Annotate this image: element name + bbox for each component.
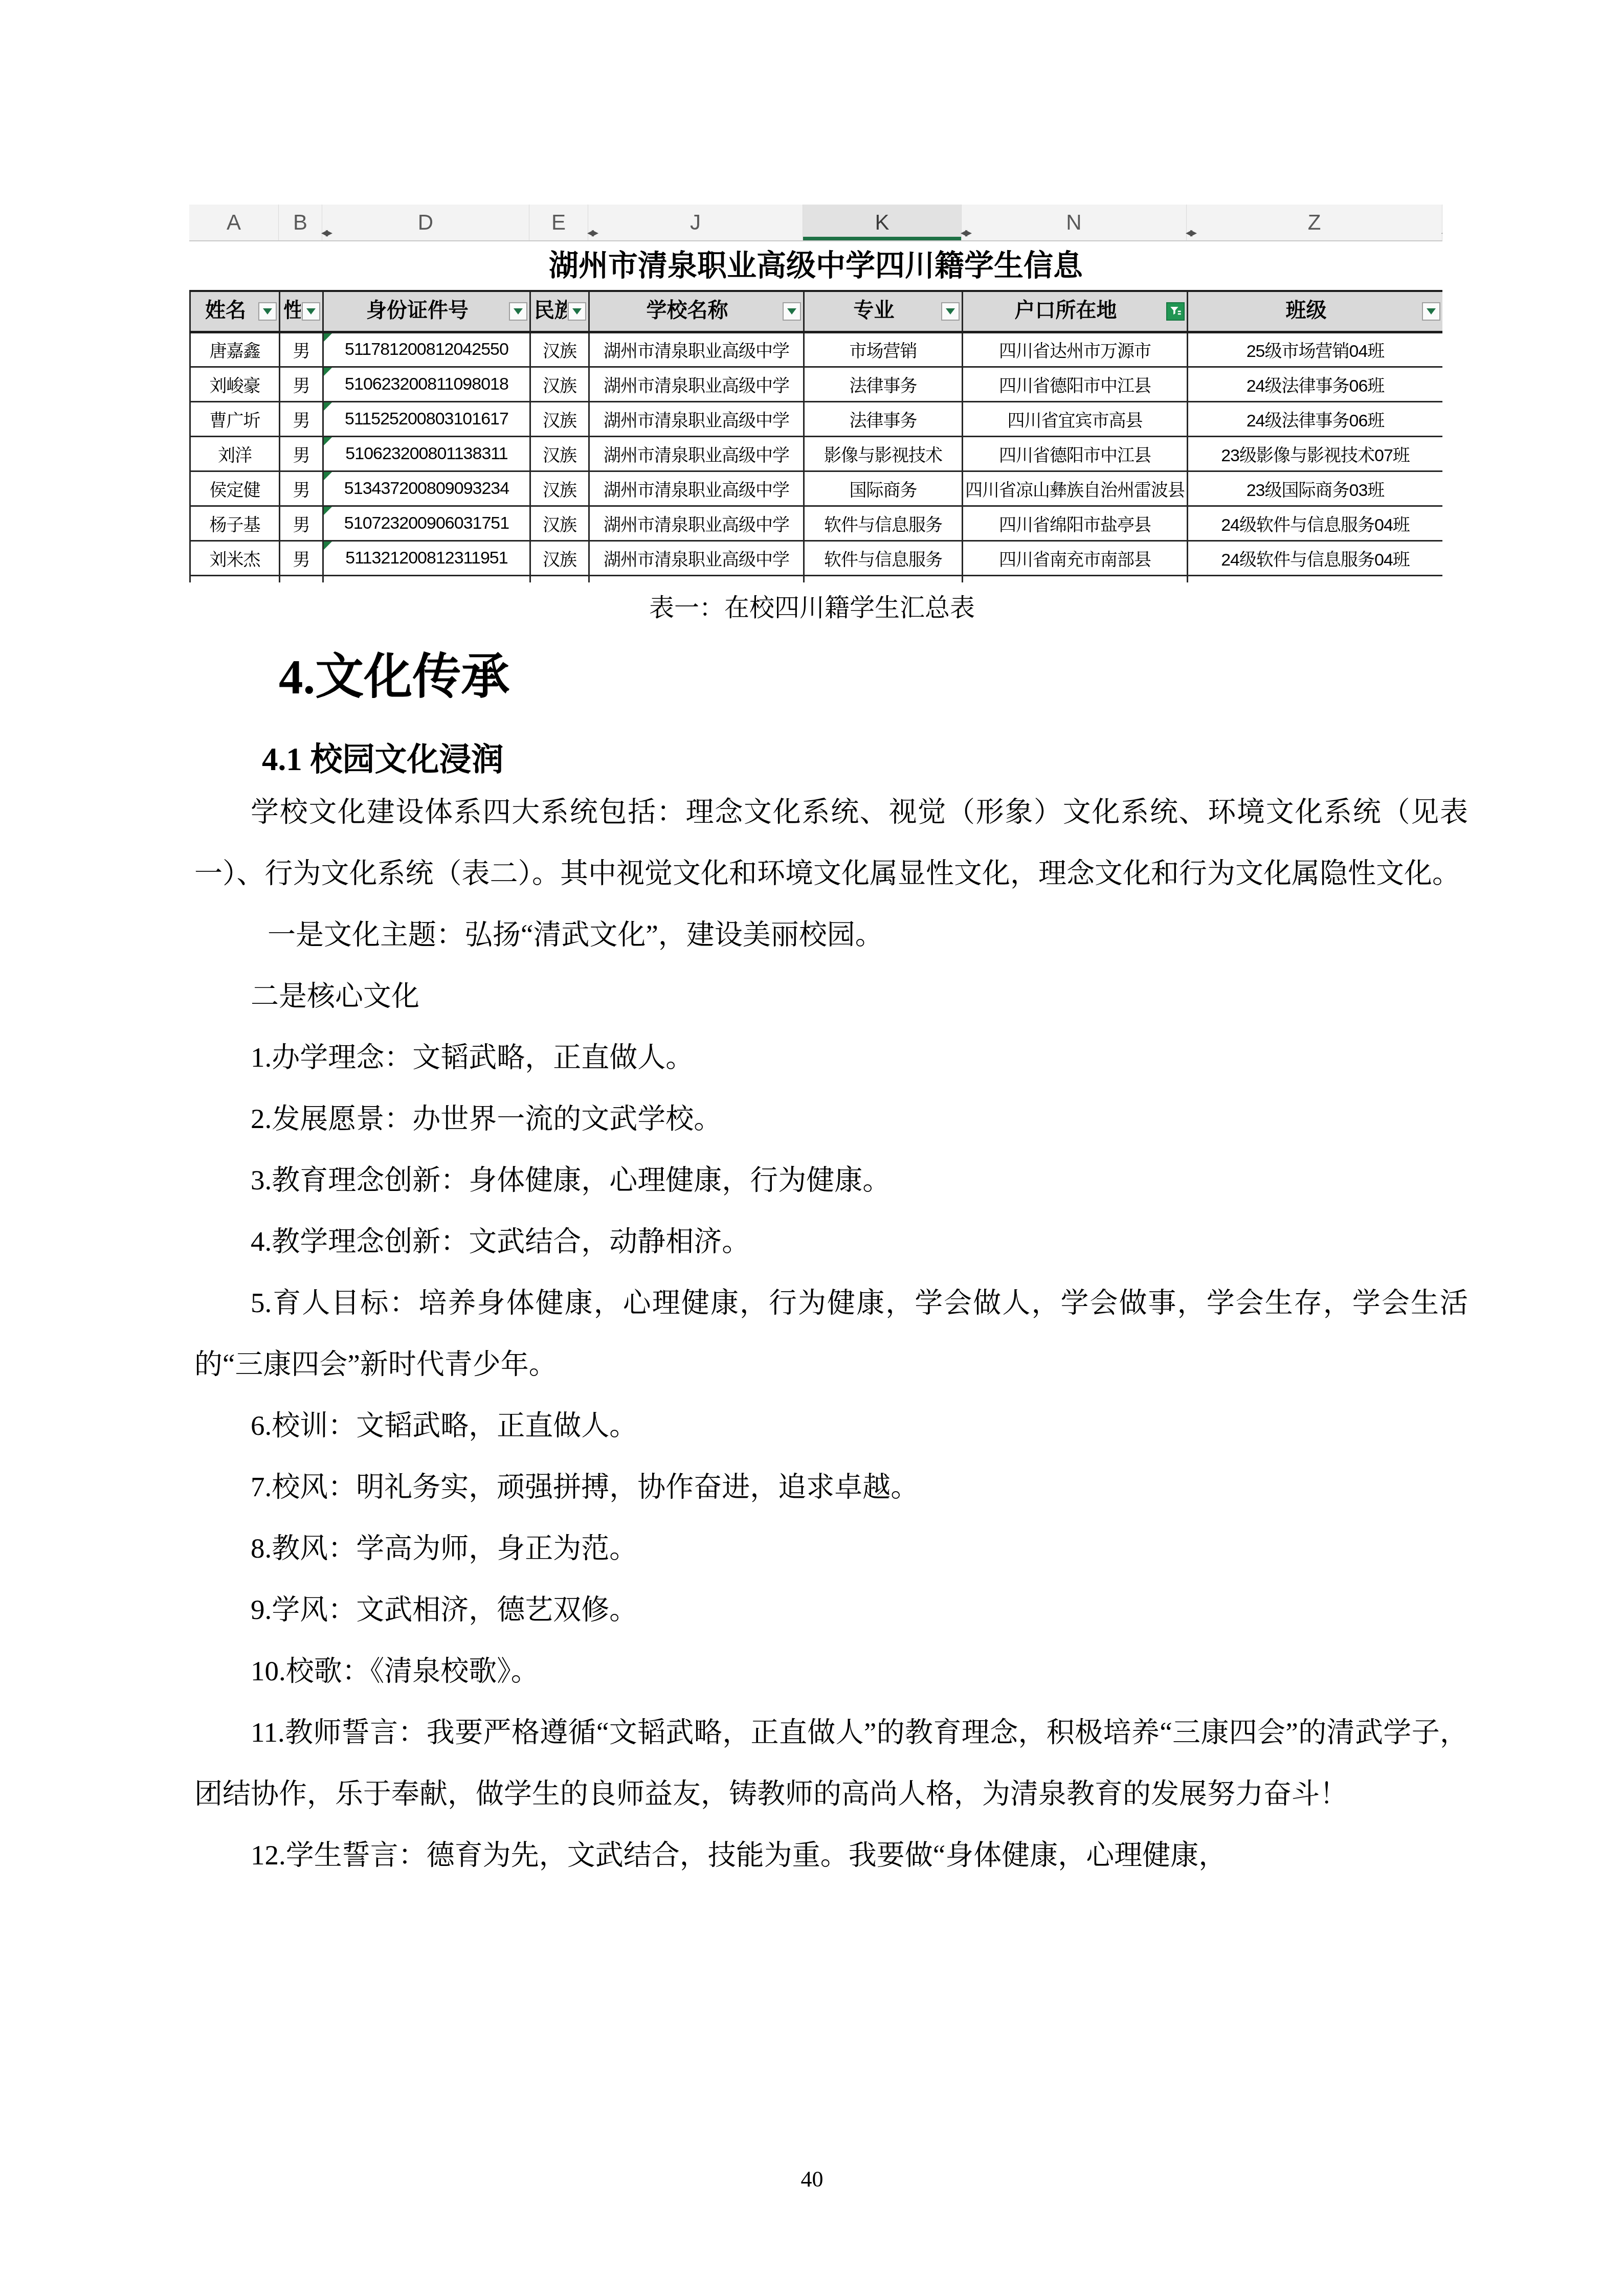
table-row: 唐嘉鑫男511781200812042550汉族湖州市清泉职业高级中学市场营销四… [190,332,1443,367]
cell-name: 刘洋 [190,436,280,471]
filter-dropdown-button[interactable] [302,302,320,321]
paragraph: 12.学生誓言：德育为先，文武结合，技能为重。我要做“身体健康，心理健康， [194,1825,1468,1886]
filter-dropdown-button[interactable] [568,302,586,321]
sheet-title: 湖州市清泉职业高级中学四川籍学生信息 [189,241,1442,290]
hidden-columns-marker[interactable]: ◂▸ [1186,224,1195,240]
cell-ethnicity: 汉族 [530,506,589,541]
column-letter-K[interactable]: K◂▸ [803,205,962,240]
chevron-down-icon [514,308,523,314]
column-header-label: 身份证件号 [366,294,469,323]
chevron-down-icon [1427,308,1436,314]
cell-major: 法律事务 [804,367,963,401]
cell-class: 24级软件与信息服务04班 [1188,506,1443,541]
cell-school-name: 湖州市清泉职业高级中学 [589,332,804,367]
chevron-down-icon [946,308,955,314]
cell-id-number: 511525200803101617 [323,401,530,436]
cell-name: 曹广圻 [190,401,280,436]
cell-ethnicity: 汉族 [530,332,589,367]
cell-gender: 男 [280,401,323,436]
cell-name: 刘米杰 [190,541,280,575]
column-letter-J[interactable]: J [588,205,803,240]
chevron-down-icon [572,308,582,314]
column-header-household-location: 户口所在地 [963,291,1188,332]
cell-id-number: 510723200906031751 [323,506,530,541]
cell-school-name: 湖州市清泉职业高级中学 [589,471,804,506]
cell-gender: 男 [280,541,323,575]
section-subheading: 4.1 校园文化浸润 [262,733,504,780]
cell-ethnicity: 汉族 [530,367,589,401]
empty-cell [530,575,589,582]
cell-id-number: 511321200812311951 [323,541,530,575]
document-page: { "spreadsheet": { "column_letters": ["A… [0,0,1624,2296]
cell-class: 24级软件与信息服务04班 [1188,541,1443,575]
cell-ethnicity: 汉族 [530,541,589,575]
column-header-label: 民族 [534,294,567,323]
filter-dropdown-button[interactable] [941,302,960,321]
paragraph: 3.教育理念创新：身体健康，心理健康，行为健康。 [194,1150,1468,1211]
column-header-label: 性别 [283,294,301,323]
column-header-gender: 性别 [280,291,323,332]
chevron-down-icon [787,308,796,314]
paragraph: 学校文化建设体系四大系统包括：理念文化系统、视觉（形象）文化系统、环境文化系统（… [194,781,1468,904]
column-letter-label: N [1066,210,1081,235]
paragraph: 2.发展愿景：办世界一流的文武学校。 [194,1088,1468,1150]
paragraph: 二是核心文化 [194,965,1468,1027]
cell-ethnicity: 汉族 [530,471,589,506]
table-row: 刘洋男510623200801138311汉族湖州市清泉职业高级中学影像与影视技… [190,436,1443,471]
filter-applied-icon[interactable] [1166,302,1185,321]
cell-school-name: 湖州市清泉职业高级中学 [589,506,804,541]
column-letter-label: J [690,210,701,235]
section-heading: 4.文化传承 [279,638,509,708]
table-row: 曹广圻男511525200803101617汉族湖州市清泉职业高级中学法律事务四… [190,401,1443,436]
cell-major: 国际商务 [804,471,963,506]
paragraph: 7.校风：明礼务实，顽强拼搏，协作奋进，追求卓越。 [194,1456,1468,1518]
cell-class: 23级影像与影视技术07班 [1188,436,1443,471]
cell-id-number: 510623200801138311 [323,436,530,471]
column-letters-row: AB◂▸DE◂▸JK◂▸N◂▸Z◂▸ [189,205,1442,241]
column-letter-label: E [551,210,566,235]
column-header-school-name: 学校名称 [589,291,804,332]
student-table: 姓名性别身份证件号民族学校名称专业户口所在地班级 唐嘉鑫男51178120081… [189,290,1442,582]
cell-major: 法律事务 [804,401,963,436]
hidden-columns-marker[interactable]: ◂▸ [587,224,596,240]
cell-class: 23级国际商务03班 [1188,471,1443,506]
cell-ethnicity: 汉族 [530,436,589,471]
table-row: 侯定健男513437200809093234汉族湖州市清泉职业高级中学国际商务四… [190,471,1443,506]
column-header-label: 户口所在地 [1015,294,1117,323]
column-header-ethnicity: 民族 [530,291,589,332]
paragraph: 10.校歌：《清泉校歌》。 [194,1640,1468,1702]
column-header-label: 班级 [1286,294,1327,323]
column-letter-E[interactable]: E◂▸ [529,205,588,240]
column-letter-B[interactable]: B◂▸ [279,205,322,240]
page-number: 40 [0,2166,1624,2192]
cell-household-location: 四川省凉山彝族自治州雷波县 [963,471,1188,506]
hidden-columns-marker[interactable]: ◂▸ [321,224,330,240]
paragraph: 4.教学理念创新：文武结合，动静相济。 [194,1211,1468,1272]
column-letter-label: B [293,210,307,235]
cell-id-number: 511781200812042550 [323,332,530,367]
paragraph: 8.教风：学高为师，身正为范。 [194,1518,1468,1579]
cell-name: 杨子基 [190,506,280,541]
cell-name: 侯定健 [190,471,280,506]
cell-household-location: 四川省南充市南部县 [963,541,1188,575]
cell-school-name: 湖州市清泉职业高级中学 [589,541,804,575]
column-header-label: 学校名称 [647,294,728,323]
cell-school-name: 湖州市清泉职业高级中学 [589,367,804,401]
paragraph: 1.办学理念：文韬武略，正直做人。 [194,1027,1468,1088]
hidden-columns-marker[interactable]: ◂▸ [961,224,970,240]
table-header-row: 姓名性别身份证件号民族学校名称专业户口所在地班级 [190,291,1443,332]
empty-cell [963,575,1188,582]
paragraph: 6.校训：文韬武略，正直做人。 [194,1395,1468,1456]
cell-major: 影像与影视技术 [804,436,963,471]
chevron-down-icon [306,308,316,314]
cell-school-name: 湖州市清泉职业高级中学 [589,436,804,471]
cell-household-location: 四川省德阳市中江县 [963,367,1188,401]
table-row: 刘峻豪男510623200811098018汉族湖州市清泉职业高级中学法律事务四… [190,367,1443,401]
column-letter-label: A [227,210,241,235]
cell-class: 25级市场营销04班 [1188,332,1443,367]
cell-gender: 男 [280,506,323,541]
column-header-label: 姓名 [205,294,246,323]
column-letter-A[interactable]: A [189,205,279,240]
paragraph: 一是文化主题：弘扬“清武文化”，建设美丽校园。 [194,904,1468,965]
empty-cell [589,575,804,582]
cell-gender: 男 [280,367,323,401]
column-letter-D[interactable]: D [322,205,529,240]
column-header-name: 姓名 [190,291,280,332]
cell-gender: 男 [280,332,323,367]
table-caption: 表一：在校四川籍学生汇总表 [0,588,1624,624]
cell-name: 唐嘉鑫 [190,332,280,367]
cell-household-location: 四川省达州市万源市 [963,332,1188,367]
filter-dropdown-button[interactable] [1422,302,1440,321]
column-letter-Z[interactable]: Z◂▸ [1187,205,1442,240]
cell-school-name: 湖州市清泉职业高级中学 [589,401,804,436]
paragraph: 11.教师誓言：我要严格遵循“文韬武略，正直做人”的教育理念，积极培养“三康四会… [194,1702,1468,1825]
empty-cell [804,575,963,582]
empty-cell [190,575,280,582]
cell-class: 24级法律事务06班 [1188,367,1443,401]
chevron-down-icon [263,308,272,314]
filter-dropdown-button[interactable] [509,302,527,321]
partial-empty-row [190,575,1443,582]
cell-household-location: 四川省宜宾市高县 [963,401,1188,436]
column-header-class: 班级 [1188,291,1443,332]
cell-gender: 男 [280,471,323,506]
paragraph: 5.育人目标：培养身体健康，心理健康，行为健康，学会做人，学会做事，学会生存，学… [194,1272,1468,1395]
column-letter-N[interactable]: N◂▸ [962,205,1187,240]
cell-gender: 男 [280,436,323,471]
table-row: 杨子基男510723200906031751汉族湖州市清泉职业高级中学软件与信息… [190,506,1443,541]
filter-dropdown-button[interactable] [783,302,801,321]
cell-class: 24级法律事务06班 [1188,401,1443,436]
column-header-label: 专业 [854,294,895,323]
column-letter-label: D [418,210,433,235]
spreadsheet-screenshot: AB◂▸DE◂▸JK◂▸N◂▸Z◂▸ 湖州市清泉职业高级中学四川籍学生信息 姓名… [189,205,1442,582]
column-letter-label: Z [1308,210,1321,235]
hidden-columns-marker[interactable]: ◂▸ [1441,224,1442,240]
empty-cell [280,575,323,582]
column-header-id-number: 身份证件号 [323,291,530,332]
column-header-major: 专业 [804,291,963,332]
empty-cell [1188,575,1443,582]
cell-household-location: 四川省德阳市中江县 [963,436,1188,471]
table-row: 刘米杰男511321200812311951汉族湖州市清泉职业高级中学软件与信息… [190,541,1443,575]
cell-household-location: 四川省绵阳市盐亭县 [963,506,1188,541]
column-letter-label: K [875,210,889,235]
cell-major: 软件与信息服务 [804,506,963,541]
body-text: 学校文化建设体系四大系统包括：理念文化系统、视觉（形象）文化系统、环境文化系统（… [194,781,1468,1886]
cell-major: 市场营销 [804,332,963,367]
cell-name: 刘峻豪 [190,367,280,401]
empty-cell [323,575,530,582]
filter-dropdown-button[interactable] [258,302,277,321]
cell-id-number: 510623200811098018 [323,367,530,401]
cell-major: 软件与信息服务 [804,541,963,575]
cell-ethnicity: 汉族 [530,401,589,436]
paragraph: 9.学风：文武相济，德艺双修。 [194,1579,1468,1640]
cell-id-number: 513437200809093234 [323,471,530,506]
